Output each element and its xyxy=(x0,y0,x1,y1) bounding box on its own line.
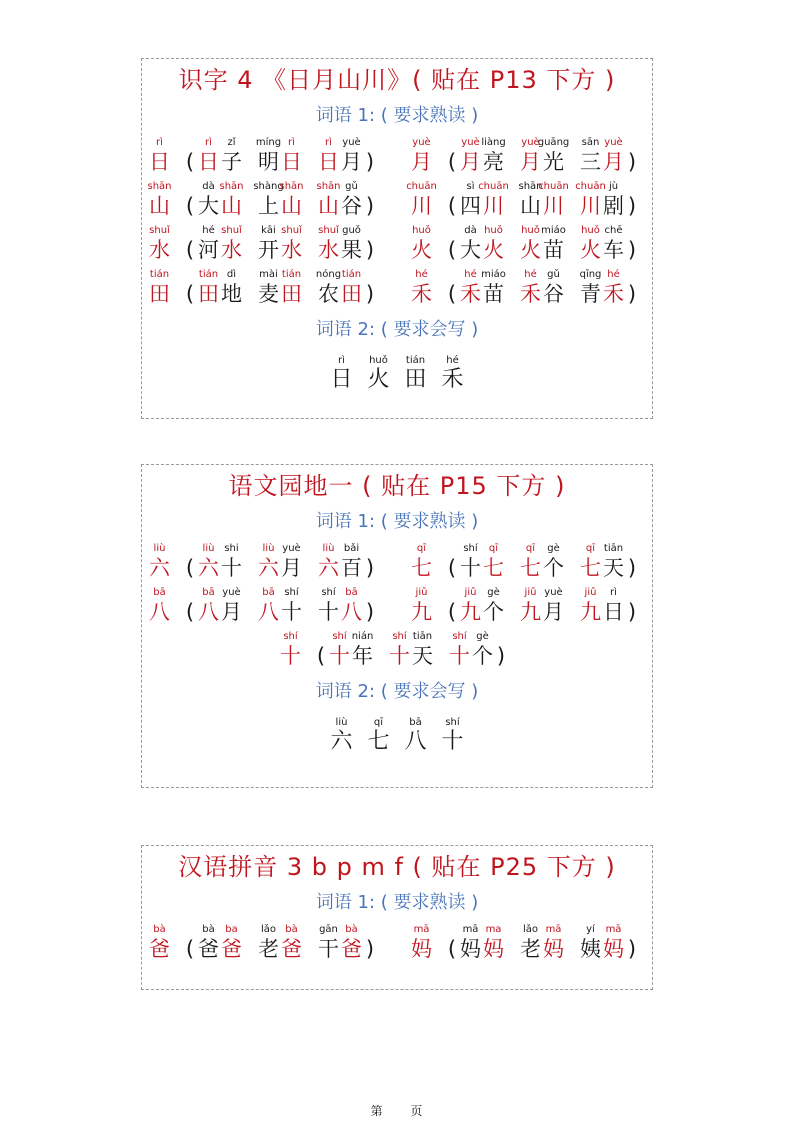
hanzi: 水 xyxy=(149,237,170,263)
open-paren: ( xyxy=(183,281,197,307)
char-group: qī七(shí十qī七qī七gè个qī七tiān天) xyxy=(410,543,639,581)
char-cell: yuè月 xyxy=(220,587,243,625)
open-paren: ( xyxy=(183,555,197,581)
hanzi: 爸 xyxy=(149,936,170,962)
close-paren: ) xyxy=(625,149,639,175)
pinyin: hé xyxy=(464,269,477,281)
char-cell: tián田 xyxy=(148,269,171,307)
pinyin: sān xyxy=(582,137,600,149)
hanzi: 禾 xyxy=(441,367,463,393)
char-cell: rì日 xyxy=(323,355,360,393)
open-paren: ( xyxy=(183,599,197,625)
hanzi: 十 xyxy=(281,599,302,625)
pinyin: shuǐ xyxy=(318,225,339,237)
char-cell: shān山 xyxy=(280,181,303,219)
pinyin: chuān xyxy=(406,181,437,193)
pinyin: mā xyxy=(606,924,622,936)
hanzi: 田 xyxy=(198,281,219,307)
char-group: jiǔ九(jiǔ九gè个jiǔ九yuè月jiǔ九rì日) xyxy=(410,587,639,625)
char-cell: tián田 xyxy=(397,355,434,393)
char-cell: ba爸 xyxy=(220,924,243,962)
char-cell: guǒ果 xyxy=(340,225,363,263)
hanzi: 禾 xyxy=(411,281,432,307)
open-paren: ( xyxy=(445,599,459,625)
pinyin: qī xyxy=(489,543,498,555)
close-paren: ) xyxy=(363,555,377,581)
pinyin: mā xyxy=(414,924,430,936)
char-cell: jù剧 xyxy=(602,181,625,219)
footer-left: 第 xyxy=(371,1104,383,1118)
char-cell: dà大 xyxy=(197,181,220,219)
pinyin: mā xyxy=(546,924,562,936)
char-cell: qīng青 xyxy=(579,269,602,307)
close-paren: ) xyxy=(363,237,377,263)
hanzi: 果 xyxy=(341,237,362,263)
hanzi: 十 xyxy=(329,643,350,669)
pinyin: tiān xyxy=(413,631,432,643)
char-group: chuān川(sì四chuān川shān山chuān川chuān川jù剧) xyxy=(410,181,639,219)
pinyin: zǐ xyxy=(227,137,235,149)
char-cell: miáo苗 xyxy=(542,225,565,263)
pinyin: huǒ xyxy=(581,225,600,237)
pinyin: nián xyxy=(352,631,374,643)
char-cell: huǒ火 xyxy=(579,225,602,263)
section-card-rirueshanchuan: 识字 4 《日月山川》( 贴在 P13 下方 ) 词语 1: ( 要求熟读 ) … xyxy=(141,58,653,419)
word-rows: liù六(liù六shi十liù六yuè月liù六bǎi百)qī七(shí十qī… xyxy=(142,543,652,675)
pinyin: rì xyxy=(156,137,163,149)
char-cell: bā八 xyxy=(148,587,171,625)
pinyin: dì xyxy=(227,269,236,281)
char-cell: sān三 xyxy=(579,137,602,175)
pinyin: hé xyxy=(607,269,620,281)
pinyin: huǒ xyxy=(412,225,431,237)
close-paren: ) xyxy=(625,237,639,263)
pinyin: shuǐ xyxy=(149,225,170,237)
pinyin: gè xyxy=(476,631,489,643)
word-row: bà爸(bà爸ba爸lǎo老bà爸gān干bà爸)mā妈(mā妈ma妈lǎo老m… xyxy=(142,924,652,968)
hanzi: 爸 xyxy=(281,936,302,962)
char-cell: mā妈 xyxy=(459,924,482,962)
open-paren: ( xyxy=(445,237,459,263)
char-cell: huǒ火 xyxy=(360,355,397,393)
char-cell: shí十 xyxy=(328,631,351,669)
pinyin: liù xyxy=(154,543,166,555)
char-cell: gān干 xyxy=(317,924,340,962)
char-cell: hé河 xyxy=(197,225,220,263)
pinyin: hé xyxy=(446,355,459,367)
hanzi: 山 xyxy=(281,193,302,219)
pinyin: shān xyxy=(280,181,304,193)
char-cell: shí十 xyxy=(388,631,411,669)
pinyin: bā xyxy=(262,587,274,599)
char-cell: jiǔ九 xyxy=(410,587,433,625)
hanzi: 月 xyxy=(411,149,432,175)
char-cell: yuè月 xyxy=(340,137,363,175)
pinyin: tián xyxy=(150,269,169,281)
hanzi: 十 xyxy=(449,643,470,669)
hanzi: 四 xyxy=(460,193,481,219)
char-cell: kāi开 xyxy=(257,225,280,263)
char-cell: tián田 xyxy=(340,269,363,307)
char-cell: huǒ火 xyxy=(519,225,542,263)
pinyin: gè xyxy=(487,587,500,599)
char-cell: rì日 xyxy=(602,587,625,625)
write-chars: rì日huǒ火tián田hé禾 xyxy=(142,355,652,393)
char-cell: bā八 xyxy=(340,587,363,625)
char-cell: qī七 xyxy=(360,717,397,755)
pinyin: rì xyxy=(205,137,212,149)
hanzi: 川 xyxy=(580,193,601,219)
pinyin: yuè xyxy=(342,137,360,149)
char-cell: rì日 xyxy=(280,137,303,175)
char-group: shuǐ水(hé河shuǐ水kāi开shuǐ水shuǐ水guǒ果) xyxy=(148,225,377,263)
char-cell: chē车 xyxy=(602,225,625,263)
pinyin: shí xyxy=(445,717,459,729)
hanzi: 日 xyxy=(198,149,219,175)
hanzi: 大 xyxy=(198,193,219,219)
open-paren: ( xyxy=(445,193,459,219)
hanzi: 水 xyxy=(221,237,242,263)
hanzi: 九 xyxy=(520,599,541,625)
char-cell: yuè月 xyxy=(459,137,482,175)
char-group: shí十(shí十nián年shí十tiān天shí十gè个) xyxy=(279,631,508,669)
pinyin: tián xyxy=(199,269,218,281)
pinyin: bǎi xyxy=(344,543,359,555)
hanzi: 山 xyxy=(318,193,339,219)
hanzi: 十 xyxy=(318,599,339,625)
hanzi: 个 xyxy=(483,599,504,625)
char-cell: rì日 xyxy=(148,137,171,175)
hanzi: 爸 xyxy=(198,936,219,962)
pinyin: shí xyxy=(321,587,335,599)
hanzi: 月 xyxy=(281,555,302,581)
pinyin: lǎo xyxy=(523,924,538,936)
char-cell: dì地 xyxy=(220,269,243,307)
pinyin: rì xyxy=(610,587,617,599)
hanzi: 九 xyxy=(411,599,432,625)
pinyin: shí xyxy=(463,543,477,555)
hanzi: 大 xyxy=(460,237,481,263)
char-cell: tián田 xyxy=(197,269,220,307)
char-group: huǒ火(dà大huǒ火huǒ火miáo苗huǒ火chē车) xyxy=(410,225,639,263)
hanzi: 月 xyxy=(543,599,564,625)
hanzi: 田 xyxy=(149,281,170,307)
hanzi: 月 xyxy=(341,149,362,175)
char-cell: shí十 xyxy=(459,543,482,581)
char-cell: mā妈 xyxy=(542,924,565,962)
hanzi: 妈 xyxy=(543,936,564,962)
char-cell: chuān川 xyxy=(579,181,602,219)
char-group: shān山(dà大shān山shàng上shān山shān山gǔ谷) xyxy=(148,181,377,219)
open-paren: ( xyxy=(183,936,197,962)
hanzi: 农 xyxy=(318,281,339,307)
hanzi: 山 xyxy=(221,193,242,219)
open-paren: ( xyxy=(183,149,197,175)
hanzi: 川 xyxy=(543,193,564,219)
write-chars: liù六qī七bā八shí十 xyxy=(142,717,652,755)
char-cell: lǎo老 xyxy=(257,924,280,962)
pinyin: hé xyxy=(415,269,428,281)
hanzi: 火 xyxy=(520,237,541,263)
char-cell: gǔ谷 xyxy=(542,269,565,307)
char-group: mā妈(mā妈ma妈lǎo老mā妈yí姨mā妈) xyxy=(410,924,639,962)
char-cell: bà爸 xyxy=(340,924,363,962)
close-paren: ) xyxy=(363,936,377,962)
char-cell: bā八 xyxy=(397,717,434,755)
hanzi: 十 xyxy=(441,729,463,755)
pinyin: qīng xyxy=(580,269,602,281)
char-cell: chuān川 xyxy=(482,181,505,219)
char-cell: shuǐ水 xyxy=(220,225,243,263)
char-cell: ma妈 xyxy=(482,924,505,962)
char-cell: jiǔ九 xyxy=(519,587,542,625)
char-cell: qī七 xyxy=(579,543,602,581)
pinyin: gè xyxy=(547,543,560,555)
char-cell: liù六 xyxy=(323,717,360,755)
char-cell: yuè月 xyxy=(280,543,303,581)
pinyin: chuān xyxy=(478,181,509,193)
close-paren: ) xyxy=(625,936,639,962)
word-rows: bà爸(bà爸ba爸lǎo老bà爸gān干bà爸)mā妈(mā妈ma妈lǎo老m… xyxy=(142,924,652,968)
pinyin: shí xyxy=(392,631,406,643)
pinyin: hé xyxy=(524,269,537,281)
hanzi: 谷 xyxy=(543,281,564,307)
pinyin: shí xyxy=(284,587,298,599)
char-group: yuè月(yuè月liàng亮yuè月guāng光sān三yuè月) xyxy=(410,137,639,175)
word-row: rì日(rì日zǐ子míng明rì日rì日yuè月)yuè月(yuè月liàng… xyxy=(142,137,652,181)
pinyin: gān xyxy=(319,924,338,936)
char-cell: liù六 xyxy=(317,543,340,581)
hanzi: 禾 xyxy=(460,281,481,307)
hanzi: 九 xyxy=(460,599,481,625)
pinyin: jiǔ xyxy=(525,587,537,599)
section-card-yuwenyuandi: 语文园地一 ( 贴在 P15 下方 ) 词语 1: ( 要求熟读 ) liù六(… xyxy=(141,464,653,788)
write-label: 词语 2: ( 要求会写 ) xyxy=(142,681,652,703)
char-cell: hé禾 xyxy=(602,269,625,307)
char-cell: zǐ子 xyxy=(220,137,243,175)
hanzi: 光 xyxy=(543,149,564,175)
hanzi: 月 xyxy=(460,149,481,175)
hanzi: 八 xyxy=(258,599,279,625)
char-cell: tián田 xyxy=(280,269,303,307)
hanzi: 山 xyxy=(149,193,170,219)
hanzi: 六 xyxy=(318,555,339,581)
section-title: 汉语拼音 3 b p m f ( 贴在 P25 下方 ) xyxy=(142,852,652,882)
hanzi: 百 xyxy=(341,555,362,581)
close-paren: ) xyxy=(494,643,508,669)
char-cell: mài麦 xyxy=(257,269,280,307)
char-cell: shuǐ水 xyxy=(148,225,171,263)
section-title: 识字 4 《日月山川》( 贴在 P13 下方 ) xyxy=(142,65,652,95)
hanzi: 十 xyxy=(221,555,242,581)
hanzi: 田 xyxy=(281,281,302,307)
hanzi: 妈 xyxy=(460,936,481,962)
pinyin: lǎo xyxy=(261,924,276,936)
hanzi: 田 xyxy=(404,367,426,393)
close-paren: ) xyxy=(363,281,377,307)
hanzi: 年 xyxy=(352,643,373,669)
char-cell: qī七 xyxy=(410,543,433,581)
pinyin: ma xyxy=(486,924,502,936)
char-cell: bā八 xyxy=(197,587,220,625)
pinyin: qī xyxy=(586,543,595,555)
hanzi: 车 xyxy=(603,237,624,263)
hanzi: 七 xyxy=(411,555,432,581)
char-cell: guāng光 xyxy=(542,137,565,175)
char-cell: liù六 xyxy=(197,543,220,581)
pinyin: guāng xyxy=(538,137,570,149)
pinyin: dà xyxy=(464,225,476,237)
char-cell: bà爸 xyxy=(148,924,171,962)
char-cell: shí十 xyxy=(280,587,303,625)
close-paren: ) xyxy=(363,149,377,175)
char-group: rì日(rì日zǐ子míng明rì日rì日yuè月) xyxy=(148,137,377,175)
pinyin: jiǔ xyxy=(416,587,428,599)
hanzi: 七 xyxy=(367,729,389,755)
open-paren: ( xyxy=(183,193,197,219)
char-cell: chuān川 xyxy=(542,181,565,219)
hanzi: 六 xyxy=(258,555,279,581)
word-row: shān山(dà大shān山shàng上shān山shān山gǔ谷)chuān川… xyxy=(142,181,652,225)
char-cell: mā妈 xyxy=(602,924,625,962)
open-paren: ( xyxy=(314,643,328,669)
pinyin: liù xyxy=(203,543,215,555)
pinyin: shí xyxy=(332,631,346,643)
char-cell: shuǐ水 xyxy=(317,225,340,263)
hanzi: 干 xyxy=(318,936,339,962)
pinyin: yí xyxy=(586,924,595,936)
hanzi: 六 xyxy=(149,555,170,581)
char-group: liù六(liù六shi十liù六yuè月liù六bǎi百) xyxy=(148,543,377,581)
char-cell: shí十 xyxy=(448,631,471,669)
hanzi: 山 xyxy=(520,193,541,219)
pinyin: liù xyxy=(336,717,348,729)
char-cell: liù六 xyxy=(148,543,171,581)
word-row: tián田(tián田dì地mài麦tián田nóng农tián田)hé禾(hé… xyxy=(142,269,652,313)
word-rows: rì日(rì日zǐ子míng明rì日rì日yuè月)yuè月(yuè月liàng… xyxy=(142,137,652,313)
char-cell: shí十 xyxy=(317,587,340,625)
char-cell: jiǔ九 xyxy=(579,587,602,625)
hanzi: 爸 xyxy=(221,936,242,962)
hanzi: 八 xyxy=(341,599,362,625)
char-cell: tiān天 xyxy=(411,631,434,669)
char-cell: rì日 xyxy=(197,137,220,175)
char-cell: gè个 xyxy=(482,587,505,625)
read-label: 词语 1: ( 要求熟读 ) xyxy=(142,105,652,127)
pinyin: yuè xyxy=(461,137,479,149)
char-cell: liàng亮 xyxy=(482,137,505,175)
pinyin: yuè xyxy=(222,587,240,599)
hanzi: 八 xyxy=(149,599,170,625)
char-cell: gǔ谷 xyxy=(340,181,363,219)
pinyin: rì xyxy=(325,137,332,149)
char-cell: qī七 xyxy=(482,543,505,581)
char-cell: miáo苗 xyxy=(482,269,505,307)
close-paren: ) xyxy=(625,193,639,219)
hanzi: 老 xyxy=(520,936,541,962)
hanzi: 火 xyxy=(367,367,389,393)
char-cell: hé禾 xyxy=(434,355,471,393)
pinyin: jiǔ xyxy=(585,587,597,599)
pinyin: shi xyxy=(224,543,238,555)
close-paren: ) xyxy=(363,599,377,625)
hanzi: 个 xyxy=(472,643,493,669)
char-cell: shān山 xyxy=(220,181,243,219)
char-cell: hé禾 xyxy=(519,269,542,307)
hanzi: 老 xyxy=(258,936,279,962)
hanzi: 妈 xyxy=(603,936,624,962)
word-row: bā八(bā八yuè月bā八shí十shí十bā八)jiǔ九(jiǔ九gè个ji… xyxy=(142,587,652,631)
pinyin: chē xyxy=(605,225,623,237)
pinyin: shí xyxy=(452,631,466,643)
pinyin: míng xyxy=(256,137,281,149)
pinyin: bā xyxy=(202,587,214,599)
close-paren: ) xyxy=(363,193,377,219)
pinyin: jiǔ xyxy=(465,587,477,599)
pinyin: bà xyxy=(202,924,214,936)
hanzi: 八 xyxy=(404,729,426,755)
hanzi: 七 xyxy=(483,555,504,581)
hanzi: 禾 xyxy=(603,281,624,307)
char-cell: bà爸 xyxy=(280,924,303,962)
pinyin: guǒ xyxy=(342,225,361,237)
hanzi: 火 xyxy=(411,237,432,263)
char-cell: nóng农 xyxy=(317,269,340,307)
open-paren: ( xyxy=(183,237,197,263)
hanzi: 月 xyxy=(221,599,242,625)
pinyin: bà xyxy=(285,924,297,936)
pinyin: bà xyxy=(345,924,357,936)
close-paren: ) xyxy=(625,599,639,625)
char-cell: chuān川 xyxy=(410,181,433,219)
pinyin: rì xyxy=(338,355,345,367)
pinyin: liù xyxy=(323,543,335,555)
char-cell: gè个 xyxy=(471,631,494,669)
char-cell: huǒ火 xyxy=(482,225,505,263)
pinyin: yuè xyxy=(544,587,562,599)
char-cell: shān山 xyxy=(317,181,340,219)
char-cell: shi十 xyxy=(220,543,243,581)
hanzi: 开 xyxy=(258,237,279,263)
char-cell: yuè月 xyxy=(602,137,625,175)
hanzi: 日 xyxy=(603,599,624,625)
pinyin: bā xyxy=(409,717,421,729)
pinyin: huǒ xyxy=(521,225,540,237)
char-cell: qī七 xyxy=(519,543,542,581)
char-cell: bǎi百 xyxy=(340,543,363,581)
hanzi: 六 xyxy=(330,729,352,755)
pinyin: miáo xyxy=(481,269,506,281)
hanzi: 上 xyxy=(258,193,279,219)
char-cell: yuè月 xyxy=(410,137,433,175)
hanzi: 八 xyxy=(198,599,219,625)
pinyin: shí xyxy=(283,631,297,643)
pinyin: shān xyxy=(220,181,244,193)
read-label: 词语 1: ( 要求熟读 ) xyxy=(142,892,652,914)
char-cell: shān山 xyxy=(148,181,171,219)
hanzi: 剧 xyxy=(603,193,624,219)
hanzi: 川 xyxy=(411,193,432,219)
word-row: liù六(liù六shi十liù六yuè月liù六bǎi百)qī七(shí十qī… xyxy=(142,543,652,587)
hanzi: 日 xyxy=(330,367,352,393)
hanzi: 月 xyxy=(603,149,624,175)
open-paren: ( xyxy=(445,555,459,581)
open-paren: ( xyxy=(445,149,459,175)
hanzi: 个 xyxy=(543,555,564,581)
hanzi: 川 xyxy=(483,193,504,219)
word-row: shí十(shí十nián年shí十tiān天shí十gè个) xyxy=(142,631,652,675)
hanzi: 火 xyxy=(483,237,504,263)
